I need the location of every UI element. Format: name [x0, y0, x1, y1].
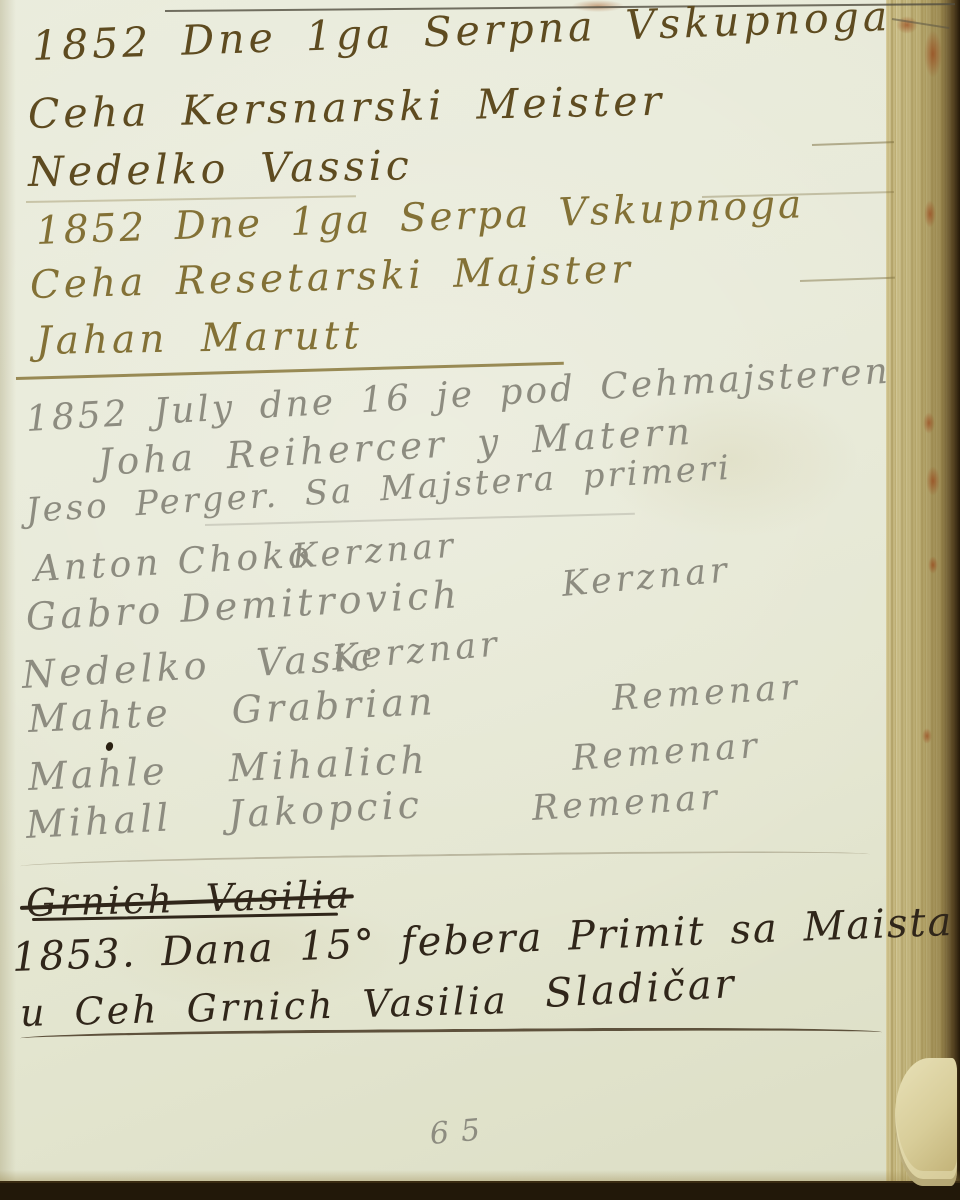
member-trade: Remenar: [571, 729, 762, 777]
ruled-line-pencil-wavy: [20, 848, 870, 874]
member-trade: Kerznar: [291, 529, 458, 574]
member-trade: Kerznar: [560, 553, 732, 603]
page-corner-curl: [895, 1058, 957, 1186]
entry1-date-line: 1852 Dne 1ga Serpna Vskupnoga: [31, 0, 892, 67]
manuscript-page: 1852 Dne 1ga Serpna Vskupnoga Ceha Kersn…: [0, 0, 960, 1200]
page-left-shading: [0, 0, 16, 1200]
page-number: 65: [429, 1115, 494, 1150]
entry2-name-line: Jahan Marutt: [36, 316, 364, 361]
entry2-guild-line: Ceha Resetarski Majster: [29, 250, 634, 305]
entry1-guild-line: Ceha Kersnarski Meister: [28, 81, 666, 135]
member-trade: Remenar: [611, 670, 802, 716]
ruled-line-stub: [812, 141, 894, 146]
foxing-spot: [926, 466, 940, 496]
entry4-trade: Sladičar: [544, 964, 738, 1014]
foxing-spot: [922, 728, 932, 744]
book-fore-edge: [886, 0, 960, 1200]
foxing-spot: [928, 556, 938, 574]
foxing-spot: [924, 200, 936, 228]
entry4-name-line: u Ceh Grnich Vasilia: [20, 981, 510, 1032]
entry2-date-line: 1852 Dne 1ga Serpa Vskupnoga: [35, 185, 805, 251]
member-name: Anton Choko: [33, 537, 314, 588]
foxing-spot: [923, 412, 935, 434]
ruled-line-stub: [800, 277, 895, 282]
foxing-spot: [924, 30, 942, 78]
member-trade: Remenar: [531, 780, 722, 826]
entry1-name-line: Nedelko Vassic: [28, 145, 413, 193]
background-table-strip: [0, 1181, 960, 1200]
